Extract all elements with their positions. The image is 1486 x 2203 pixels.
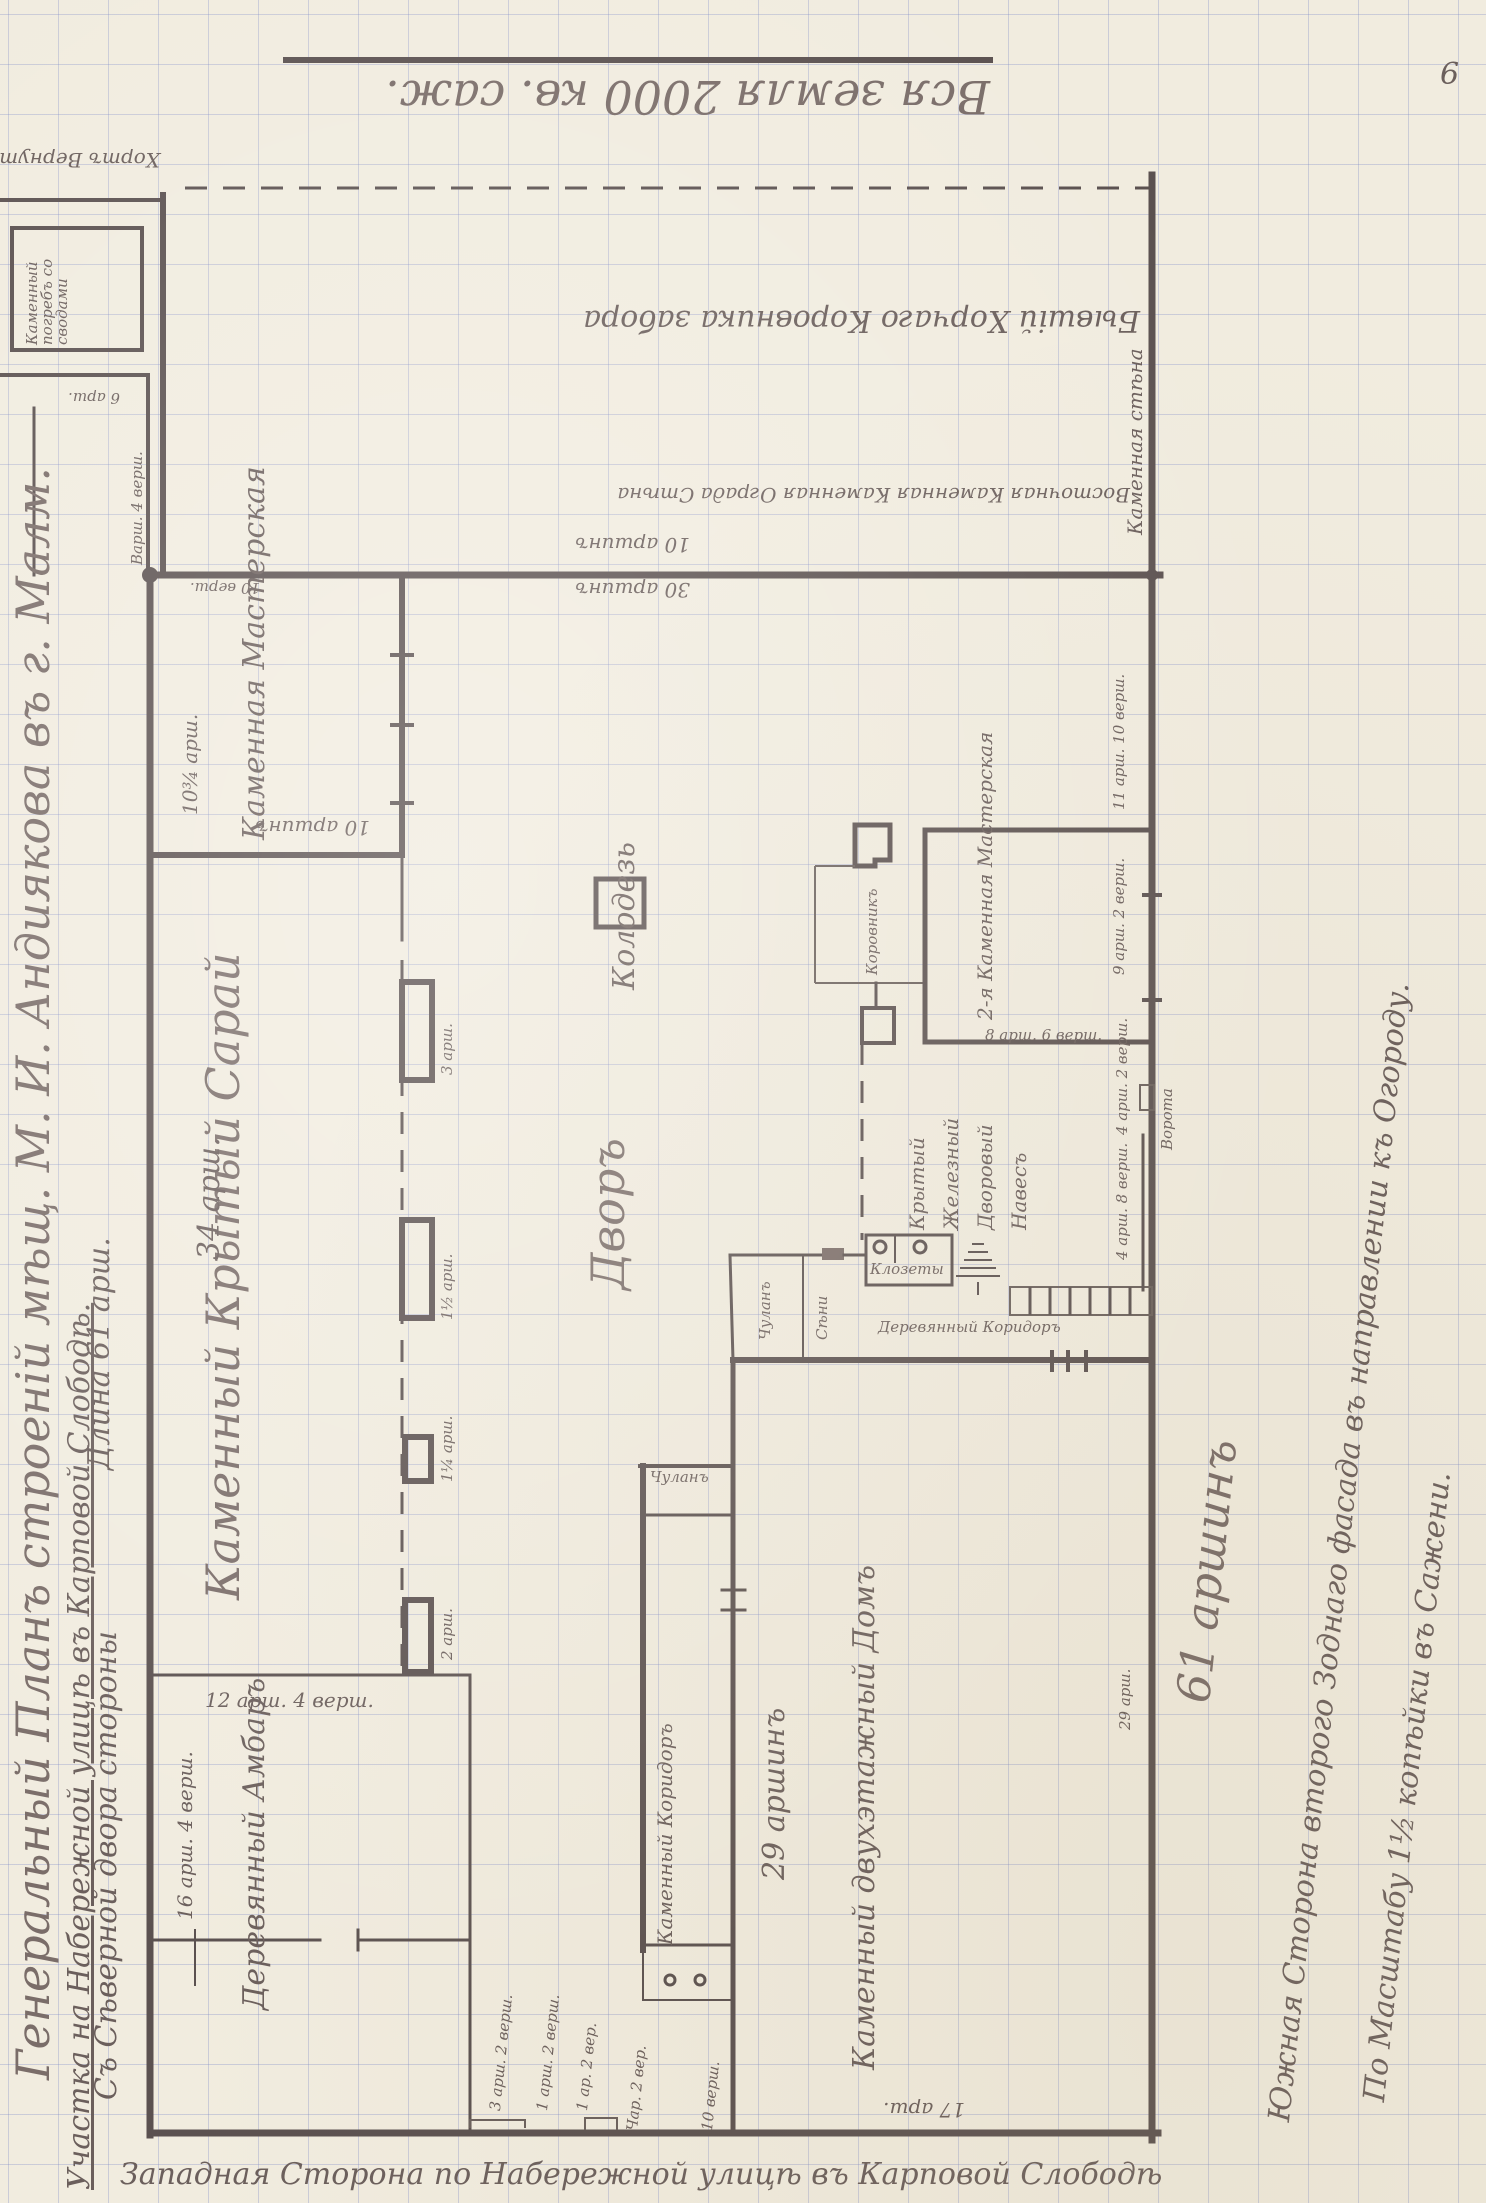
west-side-text: Западная Сторона по Набережной улицѣ въ …	[120, 2160, 1162, 2190]
page-number: 6	[1440, 60, 1459, 90]
pantry-2-label: Чуланъ	[650, 1470, 709, 1485]
top-left-label: Хортъ Вернуть	[0, 150, 160, 170]
workshop-1-dim-a: 10¾ арш.	[180, 714, 200, 815]
top-left-side-dim: Варш. 4 верш.	[130, 451, 145, 565]
house-dim-c: 17 арш.	[883, 2100, 965, 2120]
gate-label: Ворота	[1160, 1088, 1175, 1150]
pantry-1-label: Чуланъ	[758, 1281, 773, 1340]
pillar-dim-1: 3 арш.	[440, 1023, 455, 1075]
shed-label: Каменный Крытый Сарай	[200, 952, 246, 1600]
workshop-2-dim-b: 9 арш. 2 верш.	[1112, 858, 1127, 975]
house-dim-a: 29 аршинъ	[760, 1708, 790, 1880]
barn-dim-a: 12 арш. 4 верш.	[205, 1690, 374, 1710]
land-area-label: Вся земля 2000 кв. саж.	[385, 74, 990, 120]
house-dim-b: 29 арш.	[1118, 1669, 1133, 1730]
wood-corridor-label: Деревянный Коридоръ	[878, 1320, 1061, 1335]
east-wall-label: Восточная Каменная Каменная Ограда Стѣна	[617, 485, 1130, 505]
covered-yard-dim-a: 4 арш. 2 верш.	[1115, 1018, 1130, 1135]
stone-corridor-label: Каменный Коридоръ	[655, 1723, 675, 1945]
north-boundary-note: Бывшій Хорчаго Коровника забора	[583, 305, 1140, 335]
title-line-1: Генеральный Планъ строеній мѣщ. М. И. Ан…	[10, 467, 56, 2080]
covered-yard-label: Крытый Железный Дворовый Навесъ	[900, 1050, 1036, 1230]
house-label: Каменный двухэтажный Домъ	[850, 1565, 880, 2070]
toilets-label: Клозеты	[870, 1262, 944, 1277]
workshop-1-label: Каменная Мастерская	[240, 466, 270, 840]
east-wall-dim-top: 10 аршинъ	[575, 535, 690, 555]
cellar-label: Каменный погребъ со сводами	[25, 230, 70, 345]
workshop-1-dim-b: 10 аршинъ	[255, 818, 370, 838]
pillar-dim-2: 1½ арш.	[440, 1254, 455, 1320]
east-wall-dim-bottom: 30 аршинъ	[575, 580, 690, 600]
barn-label: Деревянный Амбаръ	[240, 1678, 270, 2010]
well-label: Колодезь	[610, 842, 640, 990]
workshop-2-label: 2-я Каменная Мастерская	[975, 732, 995, 1020]
workshop-2-dim-a: 8 арш. 6 верш.	[985, 1028, 1102, 1043]
top-left-dim: 6 арш.	[68, 390, 120, 405]
courtyard-label: Дворъ	[585, 1138, 631, 1290]
stair-tree-symbol	[956, 1244, 1000, 1295]
workshop-1-dim-c: 10 верш.	[190, 580, 260, 595]
cowshed-label: Коровникъ	[865, 889, 880, 976]
shed-dim: 34 арш.	[195, 1137, 225, 1260]
barn-dim-b: 16 арш. 4 верш.	[175, 1751, 195, 1920]
title-line-3: Длина 61 арш.	[85, 1237, 115, 1470]
title-line-4: Съ Сѣверной двора стороны	[92, 1631, 122, 2100]
workshop-2-dim-c: 11 арш. 10 верш.	[1112, 674, 1127, 810]
covered-yard-dim-b: 4 арш. 8 верш.	[1115, 1143, 1130, 1260]
corner-wall-label: Каменная стѣна	[1125, 348, 1145, 535]
pillar-dim-4: 2 арш.	[440, 1608, 455, 1660]
pillar-dim-3: 1¼ арш.	[440, 1416, 455, 1482]
site-plan-sheet: 6 Вся земля 2000 кв. саж. Бывшій Хорчаго…	[0, 0, 1486, 2203]
passage-label: Сѣни	[815, 1296, 830, 1340]
